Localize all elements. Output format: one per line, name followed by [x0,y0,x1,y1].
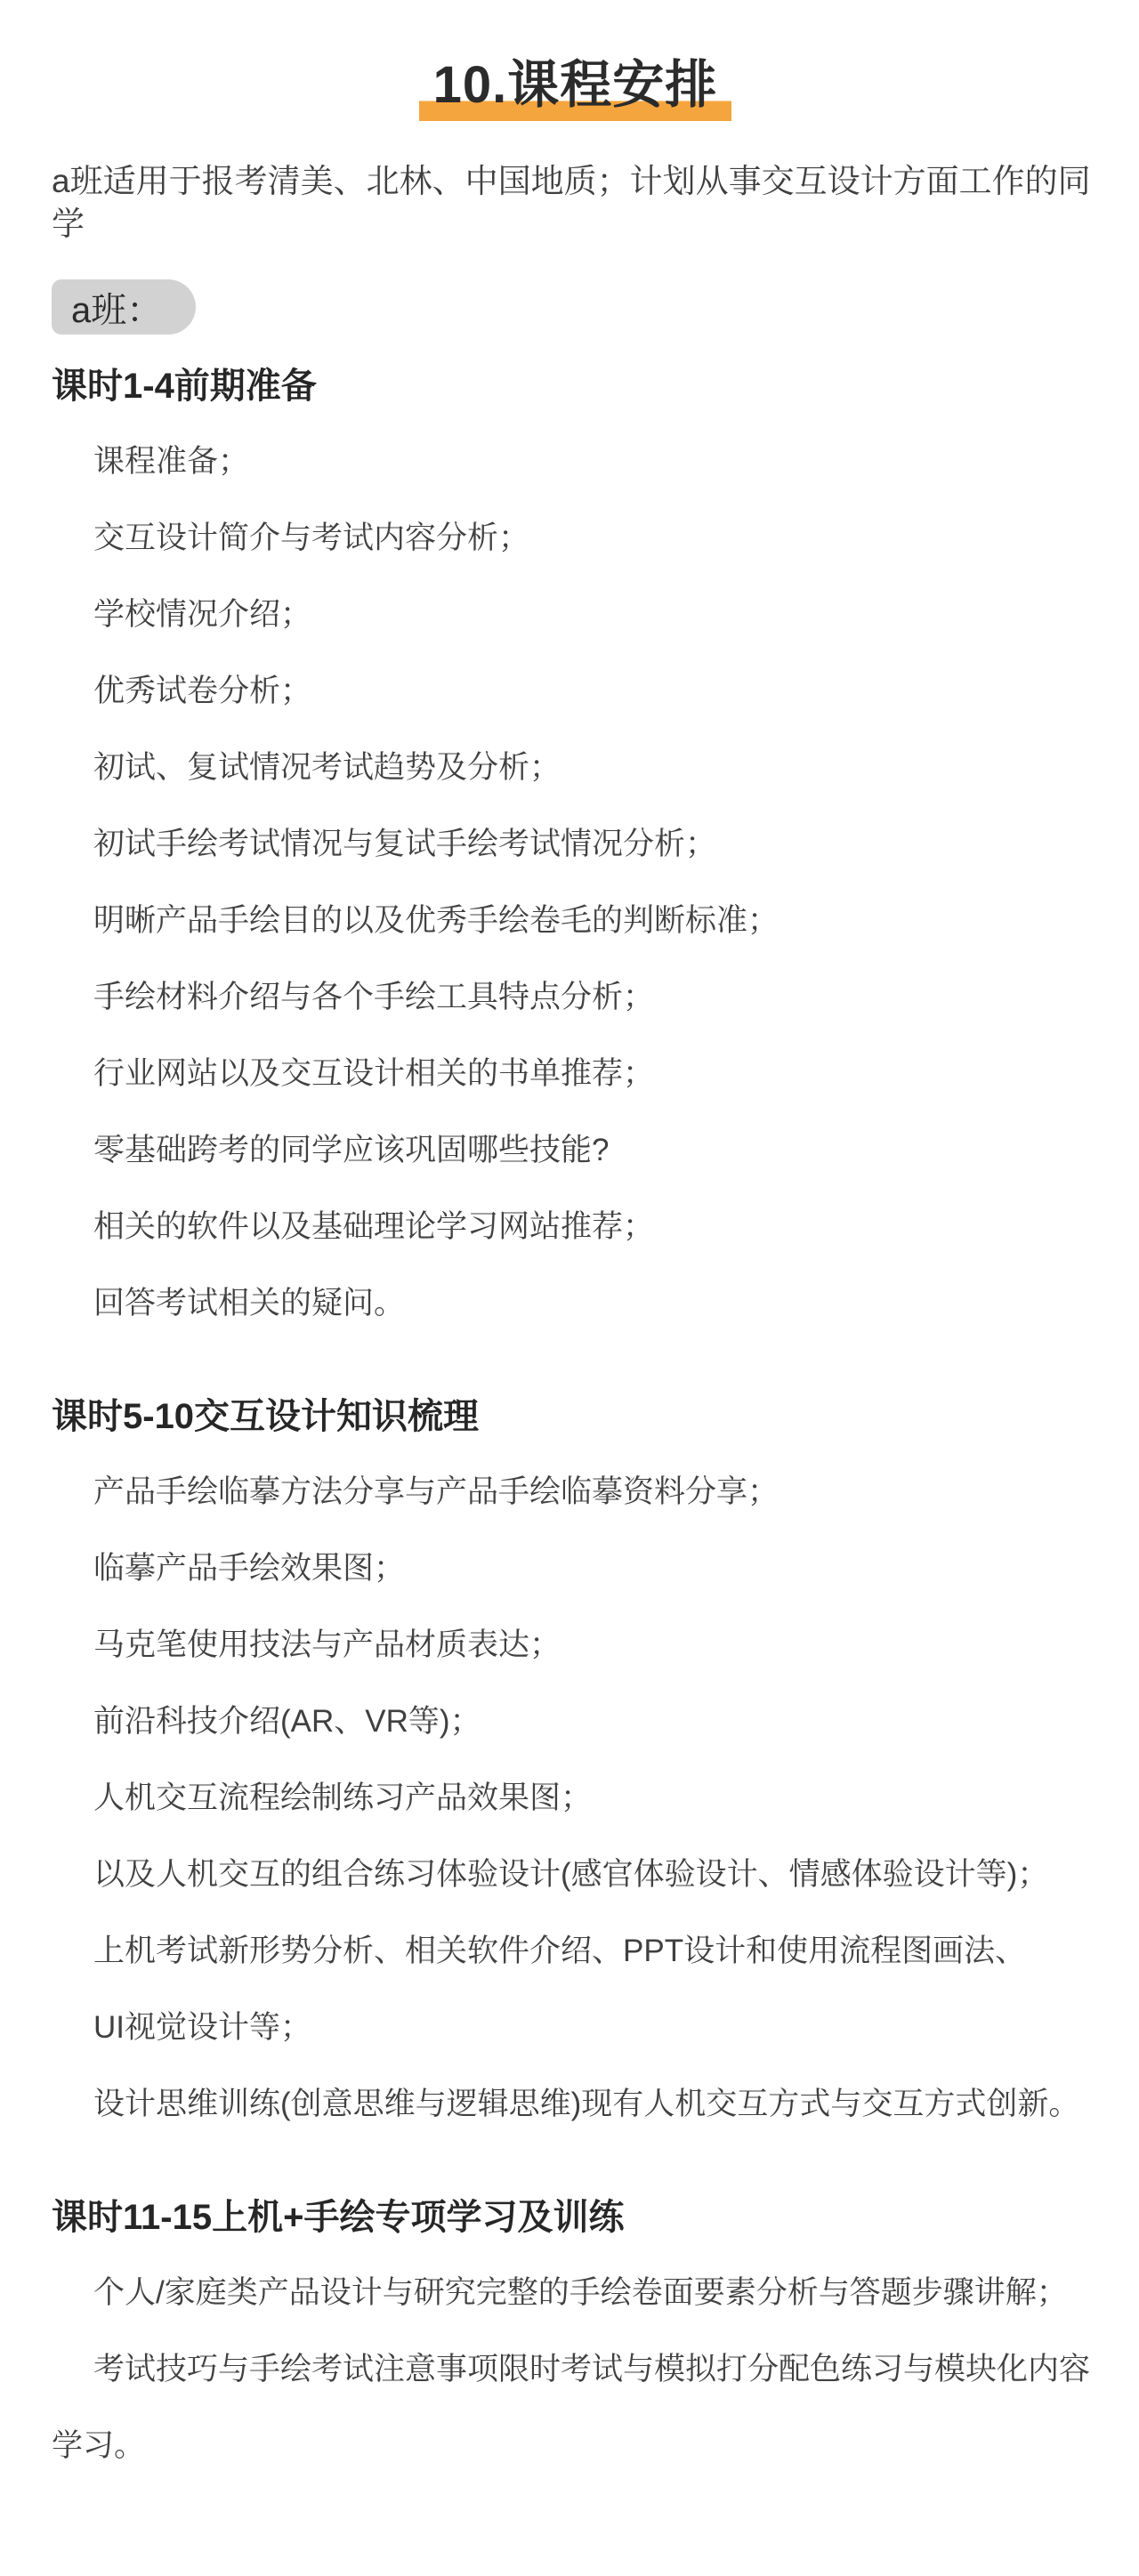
class-a-badge-label: a班： [71,282,162,333]
intro-text: a班适用于报考清美、北林、中国地质；计划从事交互设计方面工作的同学 [52,160,1099,246]
course-item: 以及人机交互的组合练习体验设计(感官体验设计、情感体验设计等)； [52,1837,1099,1913]
course-item: 行业网站以及交互设计相关的书单推荐； [52,1036,1099,1112]
course-item: 个人/家庭类产品设计与研究完整的手绘卷面要素分析与答题步骤讲解； [52,2255,1099,2331]
course-item: 学校情况介绍； [52,577,1099,653]
course-item: 上机考试新形势分析、相关软件介绍、PPT设计和使用流程图画法、 [52,1913,1099,1990]
course-item: UI视觉设计等； [52,1990,1099,2066]
course-item: 产品手绘临摹方法分享与产品手绘临摹资料分享； [52,1454,1099,1530]
course-item: 初试、复试情况考试趋势及分析； [52,730,1099,806]
course-item: 交互设计简介与考试内容分析； [52,500,1099,577]
section-heading: 课时1-4前期准备 [52,365,1099,408]
course-item: 考试技巧与手绘考试注意事项限时考试与模拟打分配色练习与模块化内容学习。 [52,2331,1099,2484]
page-title-wrap: 10.课程安排 [52,50,1099,121]
course-item: 临摹产品手绘效果图； [52,1530,1099,1607]
course-item: 回答考试相关的疑问。 [52,1265,1099,1342]
course-item: 前沿科技介绍(AR、VR等)； [52,1684,1099,1760]
page-title: 10.课程安排 [419,50,732,121]
section-heading: 课时11-15上机+手绘专项学习及训练 [52,2196,1099,2239]
course-item: 设计思维训练(创意思维与逻辑思维)现有人机交互方式与交互方式创新。 [52,2066,1099,2143]
course-item: 马克笔使用技法与产品材质表达； [52,1607,1099,1684]
course-item: 优秀试卷分析； [52,653,1099,730]
course-item: 手绘材料介绍与各个手绘工具特点分析； [52,959,1099,1036]
course-item: 初试手绘考试情况与复试手绘考试情况分析； [52,806,1099,883]
course-item: 课程准备； [52,424,1099,500]
course-item: 相关的软件以及基础理论学习网站推荐； [52,1189,1099,1265]
class-a-badge: a班： [52,279,196,335]
course-item: 零基础跨考的同学应该巩固哪些技能? [52,1112,1099,1189]
course-item: 人机交互流程绘制练习产品效果图； [52,1760,1099,1837]
course-item: 明晰产品手绘目的以及优秀手绘卷毛的判断标准； [52,883,1099,959]
course-schedule-page: 10.课程安排 a班适用于报考清美、北林、中国地质；计划从事交互设计方面工作的同… [0,0,1139,2576]
section-heading: 课时5-10交互设计知识梳理 [52,1395,1099,1438]
sections: 课时1-4前期准备课程准备；交互设计简介与考试内容分析；学校情况介绍；优秀试卷分… [52,365,1099,2484]
